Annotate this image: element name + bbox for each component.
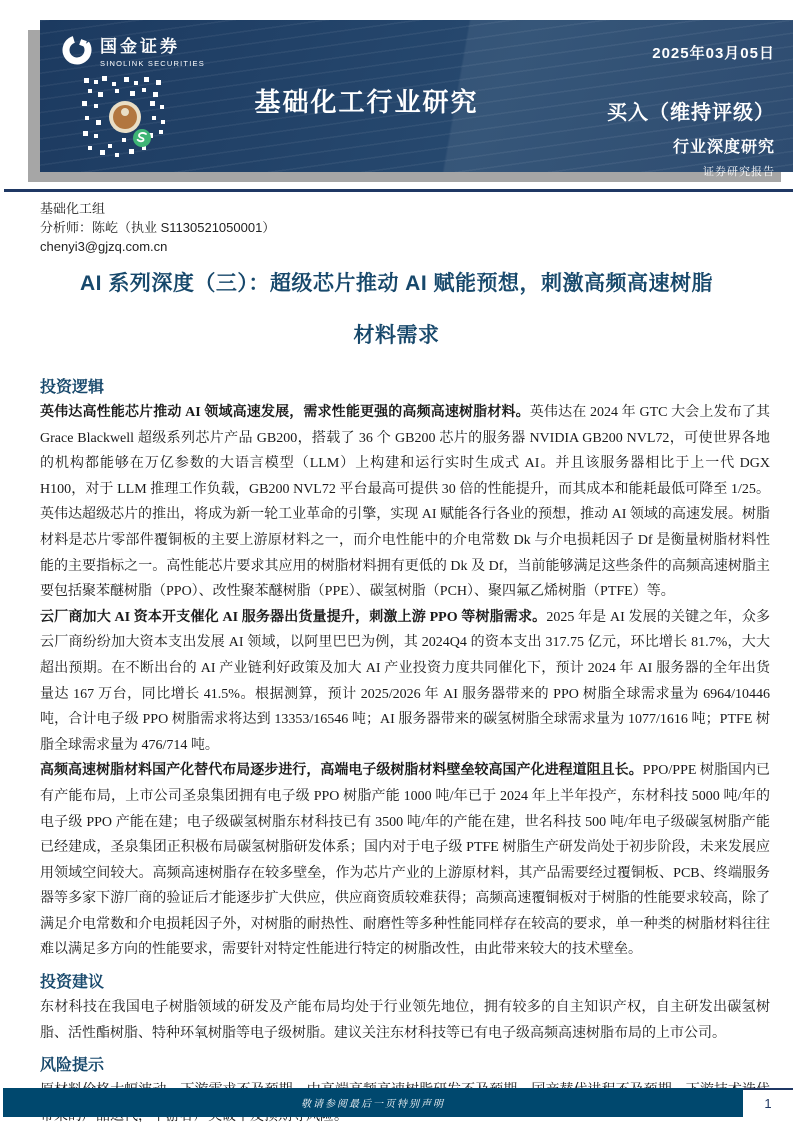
report-page: 国金证券 SINOLINK SECURITIES 2025年03月05日	[0, 0, 793, 1122]
paragraph-text: 英伟达在 2024 年 GTC 大会上发布了其 Grace Blackwell …	[40, 405, 770, 599]
report-subtype-label: 证券研究报告	[607, 163, 775, 179]
document-title: AI 系列深度（三）：超级芯片推动 AI 赋能预想，刺激高频高速树脂 材料需求	[20, 258, 773, 362]
footer-disclaimer-bar: 敬请参阅最后一页特别声明	[3, 1088, 743, 1117]
report-date: 2025年03月05日	[652, 42, 775, 63]
paragraph-cloud-capex: 云厂商加大 AI 资本开支催化 AI 服务器出货量提升，刺激上游 PPO 等树脂…	[40, 605, 770, 759]
analyst-block: 基础化工组 分析师：陈屹（执业 S1130521050001） chenyi3@…	[40, 199, 275, 256]
section-heading-investment-advice: 投资建议	[40, 969, 770, 992]
section-heading-risk-warning: 风险提示	[40, 1052, 770, 1075]
paragraph-domestic-substitution: 高频高速树脂材料国产化替代布局逐步进行，高端电子级树脂材料壁垒较高国产化进程道阻…	[40, 758, 770, 963]
page-number: 1	[764, 1096, 771, 1111]
report-body: 投资逻辑 英伟达高性能芯片推动 AI 领域高速发展，需求性能更强的高频高速树脂材…	[40, 374, 770, 1122]
paragraph-lead: 云厂商加大 AI 资本开支催化 AI 服务器出货量提升，刺激上游 PPO 等树脂…	[40, 610, 546, 625]
report-type-label: 行业深度研究	[607, 134, 775, 157]
analyst-team: 基础化工组	[40, 199, 275, 218]
header-divider	[4, 189, 793, 192]
document-title-line1: AI 系列深度（三）：超级芯片推动 AI 赋能预想，刺激高频高速树脂	[20, 258, 773, 310]
section-heading-investment-logic: 投资逻辑	[40, 374, 770, 397]
qr-code	[82, 76, 168, 162]
paragraph-lead: 英伟达高性能芯片推动 AI 领域高速发展，需求性能更强的高频高速树脂材料。	[40, 405, 530, 420]
document-title-line2: 材料需求	[20, 310, 773, 362]
report-series-title: 基础化工行业研究	[180, 82, 553, 119]
paragraph-lead: 高频高速树脂材料国产化替代布局逐步进行，高端电子级树脂材料壁垒较高国产化进程道阻…	[40, 763, 643, 778]
footer-disclaimer-text: 敬请参阅最后一页特别声明	[301, 1095, 445, 1110]
paragraph-nvidia-chips: 英伟达高性能芯片推动 AI 领域高速发展，需求性能更强的高频高速树脂材料。英伟达…	[40, 400, 770, 605]
paragraph-text: 2025 年是 AI 发展的关键之年，众多云厂商纷纷加大资本支出发展 AI 领域…	[40, 610, 770, 753]
wechat-badge-icon	[133, 129, 151, 147]
analyst-credential: 分析师：陈屹（执业 S1130521050001）	[40, 218, 275, 237]
paragraph-investment-advice: 东材科技在我国电子树脂领域的研发及产能布局均处于行业领先地位，拥有较多的自主知识…	[40, 995, 770, 1046]
analyst-email-link[interactable]: chenyi3@gjzq.com.cn	[40, 239, 167, 254]
brand-logo: 国金证券 SINOLINK SECURITIES	[62, 32, 205, 68]
brand-name-cn: 国金证券	[100, 32, 205, 57]
paragraph-text: PPO/PPE 树脂国内已有产能布局，上市公司圣泉集团拥有电子级 PPO 树脂产…	[40, 763, 770, 957]
page-number-box: 1	[743, 1088, 793, 1117]
brand-name-en: SINOLINK SECURITIES	[100, 59, 205, 68]
header-banner: 国金证券 SINOLINK SECURITIES 2025年03月05日	[40, 20, 793, 172]
sinolink-logo-icon	[62, 35, 92, 65]
rating-label: 买入（维持评级）	[607, 96, 775, 125]
